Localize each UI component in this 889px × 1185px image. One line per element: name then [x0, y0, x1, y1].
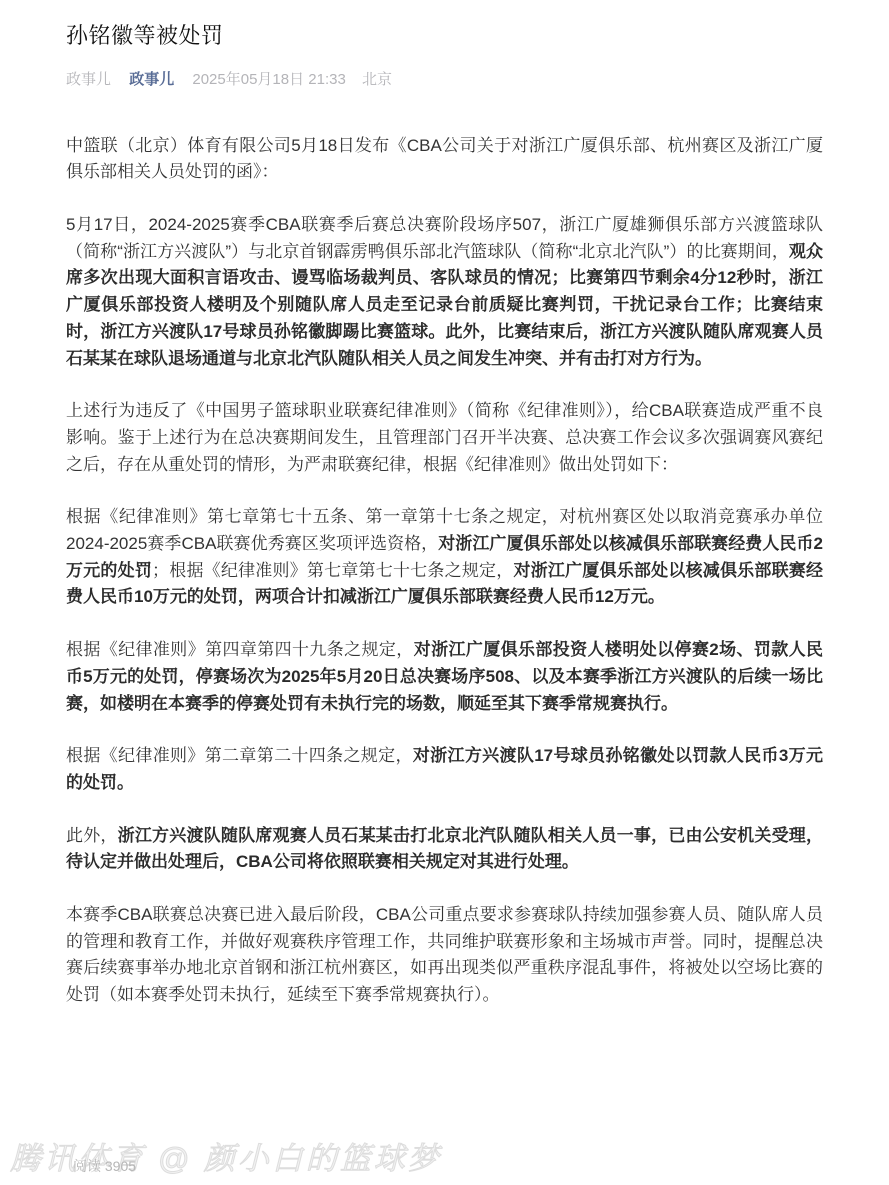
read-count-label: 阅读 3905 — [73, 1156, 136, 1176]
article-content: 中篮联（北京）体育有限公司5月18日发布《CBA公司关于对浙江广厦俱乐部、杭州赛… — [66, 133, 823, 1009]
article-paragraph: 5月17日，2024-2025赛季CBA联赛季后赛总决赛阶段场序507，浙江广厦… — [66, 212, 823, 372]
article-paragraph: 上述行为违反了《中国男子篮球职业联赛纪律准则》（简称《纪律准则》），给CBA联赛… — [66, 398, 823, 478]
paragraph-text: 根据《纪律准则》第二章第二十四条之规定， — [66, 746, 413, 765]
paragraph-text: ；根据《纪律准则》第七章第七十七条之规定， — [152, 561, 513, 580]
article-paragraph: 中篮联（北京）体育有限公司5月18日发布《CBA公司关于对浙江广厦俱乐部、杭州赛… — [66, 133, 823, 186]
paragraph-text: 此外， — [66, 826, 118, 845]
paragraph-text: 本赛季CBA联赛总决赛已进入最后阶段，CBA公司重点要求参赛球队持续加强参赛人员… — [66, 905, 823, 1004]
byline-source: 政事儿 — [66, 71, 111, 88]
article-paragraph: 本赛季CBA联赛总决赛已进入最后阶段，CBA公司重点要求参赛球队持续加强参赛人员… — [66, 902, 823, 1009]
article-paragraph: 此外，浙江方兴渡队随队席观赛人员石某某击打北京北汽队随队相关人员一事，已由公安机… — [66, 823, 823, 876]
article-title: 孙铭徽等被处罚 — [66, 22, 823, 51]
article-paragraph: 根据《纪律准则》第七章第七十五条、第一章第十七条之规定，对杭州赛区处以取消竞赛承… — [66, 504, 823, 611]
article-paragraph: 根据《纪律准则》第四章第四十九条之规定，对浙江广厦俱乐部投资人楼明处以停赛2场、… — [66, 637, 823, 717]
article-byline: 政事儿 政事儿 2025年05月18日 21:33 北京 — [66, 68, 823, 89]
paragraph-bold-text: 浙江方兴渡队随队席观赛人员石某某击打北京北汽队随队相关人员一事，已由公安机关受理… — [66, 826, 823, 872]
byline-location: 北京 — [362, 71, 392, 88]
byline-datetime: 2025年05月18日 21:33 — [192, 71, 345, 88]
paragraph-text: 5月17日，2024-2025赛季CBA联赛季后赛总决赛阶段场序507，浙江广厦… — [66, 215, 823, 261]
article-page: 孙铭徽等被处罚 政事儿 政事儿 2025年05月18日 21:33 北京 中篮联… — [0, 0, 889, 1185]
byline-account-link[interactable]: 政事儿 — [129, 71, 174, 88]
paragraph-text: 中篮联（北京）体育有限公司5月18日发布《CBA公司关于对浙江广厦俱乐部、杭州赛… — [66, 136, 823, 182]
paragraph-text: 上述行为违反了《中国男子篮球职业联赛纪律准则》（简称《纪律准则》），给CBA联赛… — [66, 401, 823, 473]
paragraph-text: 根据《纪律准则》第四章第四十九条之规定， — [66, 640, 414, 659]
article-paragraph: 根据《纪律准则》第二章第二十四条之规定，对浙江方兴渡队17号球员孙铭徽处以罚款人… — [66, 743, 823, 796]
